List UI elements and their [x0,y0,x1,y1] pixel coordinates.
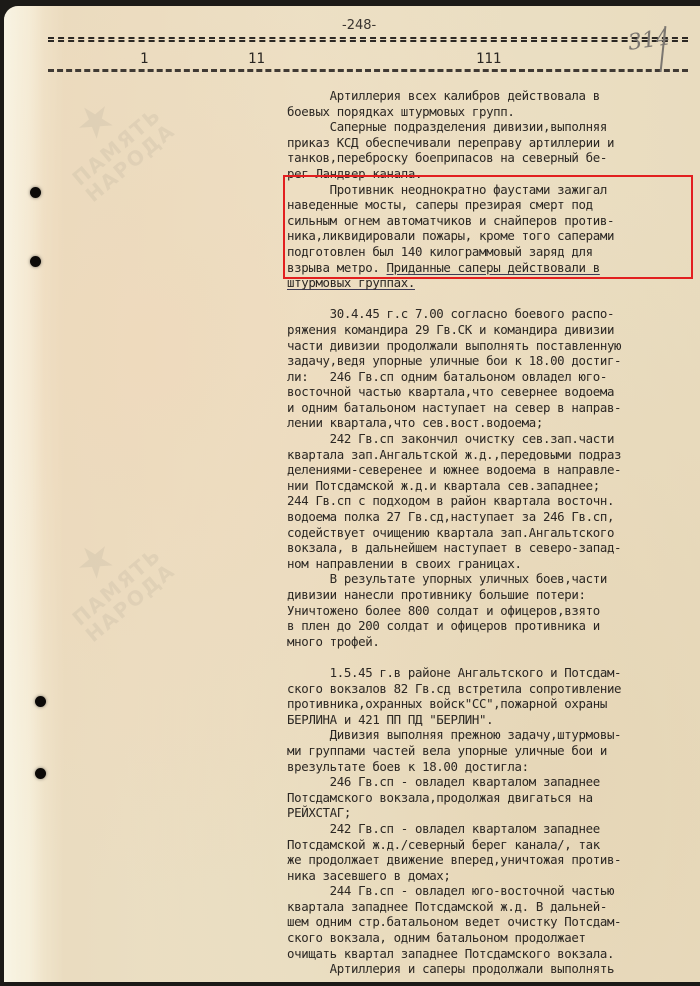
column-header-2: 11 [248,51,265,67]
document-page: ★ ПАМЯТЬ НАРОДА ★ ПАМЯТЬ НАРОДА -248- 1 … [4,6,700,982]
text-line-content: ном направлении в своих границах. [287,556,522,571]
text-line: же продолжает движение вперед,уничтожая … [287,852,700,868]
page-spine-shading [4,6,44,982]
text-line: Потсдамского вокзала,продолжая двигаться… [287,790,700,806]
binder-hole [35,768,46,779]
text-line-content: и одним батальоном наступает на север в … [287,400,621,415]
text-line-content: ника засевшего в домах; [287,868,451,883]
page-number: -248- [342,18,376,33]
text-line-content: БЕРЛИНА и 421 ПП ПД "БЕРЛИН". [287,712,493,727]
text-line: задачу,ведя упорные уличные бои к 18.00 … [287,353,700,369]
text-line: части дивизии продолжали выполнять поста… [287,338,700,354]
text-line: содействует очищению квартала зап.Ангаль… [287,525,700,541]
binder-hole [30,187,41,198]
text-line: 242 Гв.сп - овладел кварталом западнее [287,821,700,837]
highlight-box [283,175,693,279]
text-line-content: Дивизия выполняя прежною задачу,штурмовы… [287,727,621,742]
text-line-content: 1.5.45 г.в районе Ангальтского и Потсдам… [287,665,621,680]
text-line: ского вокзалов 82 Гв.сд встретила сопрот… [287,681,700,697]
text-line: много трофей. [287,634,700,650]
text-line: БЕРЛИНА и 421 ПП ПД "БЕРЛИН". [287,712,700,728]
text-line-content: РЕЙХСТАГ; [287,805,351,820]
text-line-content: квартала зап.Ангальтской ж.д.,передовыми… [287,447,621,462]
text-line: квартала западнее Потсдамской ж.д. В дал… [287,899,700,915]
text-line-content: 244 Гв.сп с подходом в район квартала во… [287,493,614,508]
text-line: в плен до 200 солдат и офицеров противни… [287,618,700,634]
text-line-content: очищать квартал западнее Потсдамского во… [287,946,614,961]
text-line: 244 Гв.сп с подходом в район квартала во… [287,493,700,509]
text-line: танков,переброску боеприпасов на северны… [287,150,700,166]
text-line-content: боевых порядках штурмовых групп. [287,104,515,119]
text-line: Дивизия выполняя прежною задачу,штурмовы… [287,727,700,743]
text-line-content: нии Потсдамской ж.д.и квартала сев.запад… [287,478,600,493]
text-line-content: водоема полка 27 Гв.сд,наступает за 246 … [287,509,614,524]
star-icon: ★ [23,55,168,187]
text-line-content: Потсдамского вокзала,продолжая двигаться… [287,790,593,805]
text-line-content: в плен до 200 солдат и офицеров противни… [287,618,600,633]
text-line: нии Потсдамской ж.д.и квартала сев.запад… [287,478,700,494]
text-line-content: врезультате боев к 18.00 достигла: [287,759,529,774]
text-line: боевых порядках штурмовых групп. [287,104,700,120]
text-line-content: 244 Гв.сп - овладел юго-восточной частью [287,883,614,898]
column-header-1: 1 [140,51,148,67]
text-line [287,649,700,665]
text-line-content: Саперные подразделения дивизии,выполняя [287,119,607,134]
text-line: ряжения командира 29 Гв.СК и командира д… [287,322,700,338]
text-line-content: ли: 246 Гв.сп одним батальоном овладел ю… [287,369,607,384]
text-line: ли: 246 Гв.сп одним батальоном овладел ю… [287,369,700,385]
text-line: Артиллерия и саперы продолжали выполнять [287,961,700,977]
text-line: прежною задачу. [287,977,700,982]
text-line-content: восточной частью квартала,что севернее в… [287,384,614,399]
text-line-content: дивизии нанесли противнику большие потер… [287,587,586,602]
text-line-content: задачу,ведя упорные уличные бои к 18.00 … [287,353,621,368]
text-line: Саперные подразделения дивизии,выполняя [287,119,700,135]
text-line-content: делениями-северенее и южнее водоема в на… [287,462,621,477]
text-line: 30.4.45 г.с 7.00 согласно боевого распо- [287,306,700,322]
text-line: и одним батальоном наступает на север в … [287,400,700,416]
text-line [287,291,700,307]
watermark: ★ ПАМЯТЬ НАРОДА [23,55,234,266]
text-line-content: квартала западнее Потсдамской ж.д. В дал… [287,899,607,914]
text-line-content: вокзала, в дальнейшем наступает в северо… [287,540,621,555]
text-line: 242 Гв.сп закончил очистку сев.зап.части [287,431,700,447]
text-line: шем одним стр.батальоном ведет очистку П… [287,914,700,930]
text-line-content: ми группами частей вела упорные уличные … [287,743,607,758]
text-line-content: Потсдамской ж.д./северный берег канала/,… [287,837,600,852]
text-line-content: ского вокзала, одним батальоном продолжа… [287,930,586,945]
text-line-content: 30.4.45 г.с 7.00 согласно боевого распо- [287,306,614,321]
text-line: водоема полка 27 Гв.сд,наступает за 246 … [287,509,700,525]
column-header-3: 111 [476,51,501,67]
text-line-content: лении квартала,что сев.вост.водоема; [287,415,543,430]
text-line: 244 Гв.сп - овладел юго-восточной частью [287,883,700,899]
text-line: В результате упорных уличных боев,части [287,571,700,587]
text-line-content: Артиллерия и саперы продолжали выполнять [287,961,614,976]
text-line-content: Артиллерия всех калибров действовала в [287,88,600,103]
text-line: 1.5.45 г.в районе Ангальтского и Потсдам… [287,665,700,681]
header-rule [48,69,688,72]
text-line-content: 242 Гв.сп закончил очистку сев.зап.части [287,431,614,446]
text-line: дивизии нанесли противнику большие потер… [287,587,700,603]
text-line: квартала зап.Ангальтской ж.д.,передовыми… [287,447,700,463]
text-line-content: прежною задачу. [287,977,394,982]
text-line: делениями-северенее и южнее водоема в на… [287,462,700,478]
text-line: лении квартала,что сев.вост.водоема; [287,415,700,431]
text-line-content: 246 Гв.сп - овладел кварталом западнее [287,774,600,789]
text-line: вокзала, в дальнейшем наступает в северо… [287,540,700,556]
text-line-content: ряжения командира 29 Гв.СК и командира д… [287,322,614,337]
header-double-rule [48,37,688,39]
text-line-content: содействует очищению квартала зап.Ангаль… [287,525,614,540]
text-line-content: 242 Гв.сп - овладел кварталом западнее [287,821,600,836]
text-line: ном направлении в своих границах. [287,556,700,572]
text-line: противника,охранных войск"СС",пожарной о… [287,696,700,712]
text-line: восточной частью квартала,что севернее в… [287,384,700,400]
text-line-content: В результате упорных уличных боев,части [287,571,607,586]
text-line-content: же продолжает движение вперед,уничтожая … [287,852,621,867]
text-line: ского вокзала, одним батальоном продолжа… [287,930,700,946]
text-line-content: части дивизии продолжали выполнять поста… [287,338,621,353]
watermark: ★ ПАМЯТЬ НАРОДА [23,495,234,706]
text-line-content: шем одним стр.батальоном ведет очистку П… [287,914,621,929]
text-line-content: Уничтожено более 800 солдат и офицеров,в… [287,603,600,618]
text-line: приказ КСД обеспечивали переправу артилл… [287,135,700,151]
text-line: ника засевшего в домах; [287,868,700,884]
text-line: 246 Гв.сп - овладел кварталом западнее [287,774,700,790]
text-line: Уничтожено более 800 солдат и офицеров,в… [287,603,700,619]
text-line: очищать квартал западнее Потсдамского во… [287,946,700,962]
text-line-content: танков,переброску боеприпасов на северны… [287,150,607,165]
text-line: ми группами частей вела упорные уличные … [287,743,700,759]
text-line: Артиллерия всех калибров действовала в [287,88,700,104]
text-line: Потсдамской ж.д./северный берег канала/,… [287,837,700,853]
text-line: врезультате боев к 18.00 достигла: [287,759,700,775]
binder-hole [35,696,46,707]
text-line: РЕЙХСТАГ; [287,805,700,821]
text-line-content: приказ КСД обеспечивали переправу артилл… [287,135,614,150]
binder-hole [30,256,41,267]
text-line-content: ского вокзалов 82 Гв.сд встретила сопрот… [287,681,621,696]
text-line-content: много трофей. [287,634,379,649]
star-icon: ★ [23,495,168,627]
text-line-content: противника,охранных войск"СС",пожарной о… [287,696,607,711]
